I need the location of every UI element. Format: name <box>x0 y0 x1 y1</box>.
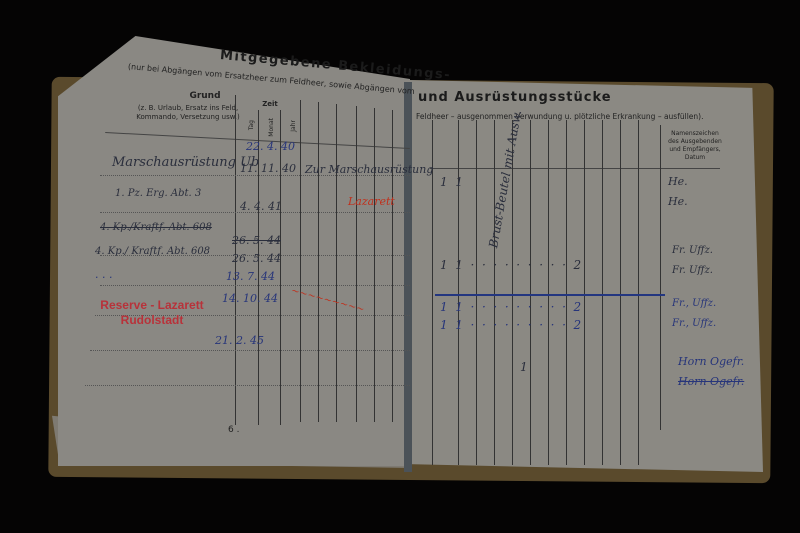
col-divider <box>356 106 357 422</box>
row-5-grund: . . . <box>95 268 112 281</box>
page-number: 6 . <box>228 425 239 435</box>
row-1-note: Zur Marschausrüstung <box>305 163 433 176</box>
row-4-date: 26. 5. 44 <box>232 252 281 265</box>
col-divider <box>476 120 477 465</box>
col-divider <box>318 102 319 422</box>
signature-3: Fr. Uffz. <box>672 245 713 256</box>
book-spine <box>404 82 412 472</box>
col-divider <box>374 108 375 422</box>
col-divider <box>584 120 585 465</box>
col-divider <box>392 110 393 422</box>
header-zeit: Zeit <box>255 100 285 109</box>
subtitle-right: Feldheer – ausgenommen Verwundung u. plö… <box>416 112 703 121</box>
col-divider <box>530 120 531 465</box>
header-tag: Tag <box>248 120 255 130</box>
header-monat: Monat <box>268 118 275 137</box>
header-grund-sub: (z. B. Urlaub, Ersatz ins Feld, Kommando… <box>128 104 248 122</box>
signature-2: He. <box>668 195 688 208</box>
header-divider <box>430 168 720 169</box>
header-bemerkung: Namenszeichen des Ausgebenden und Empfän… <box>665 130 725 162</box>
row-5-date: 13. 7. 44 <box>226 270 275 283</box>
row-2-date: 4. 4. 41 <box>240 200 282 213</box>
col-divider <box>494 120 495 465</box>
header-grund: Grund <box>165 92 245 101</box>
signature-1: He. <box>668 175 688 188</box>
row-line <box>90 350 410 351</box>
col-divider <box>336 104 337 422</box>
row-1-date: 11. 11. 40 <box>240 162 296 175</box>
signature-7: Horn Ogefr. <box>678 355 744 368</box>
reserve-lazarett-stamp: Reserve - Lazarett Rudolstadt <box>82 298 222 328</box>
row-3-grund: 4. Kp./Kraftf. Abt. 608 <box>100 222 212 233</box>
row-1-grund: Marschausrüstung Ub <box>112 155 259 170</box>
title-right: und Ausrüstungsstücke <box>418 90 612 105</box>
row-line <box>85 385 410 386</box>
open-book: Mitgegebene Bekleidungs- und Ausrüstungs… <box>0 0 800 533</box>
count-row-7: 1 1 · · · · · · · · · 2 <box>440 318 581 332</box>
row-6-date: 14. 10. 44 <box>222 292 278 305</box>
signature-8: Horn Ogefr. <box>678 375 744 388</box>
row-3-date: 26. 5. 44 <box>232 234 281 247</box>
row-0-date: 22. 4. 40 <box>246 140 295 153</box>
col-divider <box>458 120 459 465</box>
signature-6: Fr., Uffz. <box>672 318 716 329</box>
col-divider <box>638 120 639 465</box>
stamp-line-1: Reserve - Lazarett <box>82 298 222 313</box>
count-single: 1 <box>520 360 528 374</box>
col-divider <box>620 120 621 465</box>
col-divider <box>280 110 281 425</box>
count-row-6: 1 1 · · · · · · · · · 2 <box>440 300 581 314</box>
row-2-note: Lazarett <box>348 195 395 208</box>
col-divider <box>300 100 301 422</box>
col-divider <box>566 120 567 465</box>
col-divider <box>602 120 603 465</box>
col-divider <box>660 125 661 430</box>
col-divider <box>548 120 549 465</box>
row-2-grund: 1. Pz. Erg. Abt. 3 <box>115 188 201 199</box>
header-jahr: Jahr <box>290 120 297 132</box>
signature-5: Fr., Uffz. <box>672 298 716 309</box>
row-line <box>100 285 410 286</box>
stamp-line-2: Rudolstadt <box>82 313 222 328</box>
count-row-5: 1 1 · · · · · · · · · 2 <box>440 258 581 272</box>
row-7-date: 21. 2. 45 <box>215 334 264 347</box>
blue-rule <box>435 294 665 296</box>
count-row-1: 1 1 <box>440 175 463 189</box>
signature-4: Fr. Uffz. <box>672 265 713 276</box>
row-4-grund: 4. Kp./ Kraftf. Abt. 608 <box>95 246 210 257</box>
